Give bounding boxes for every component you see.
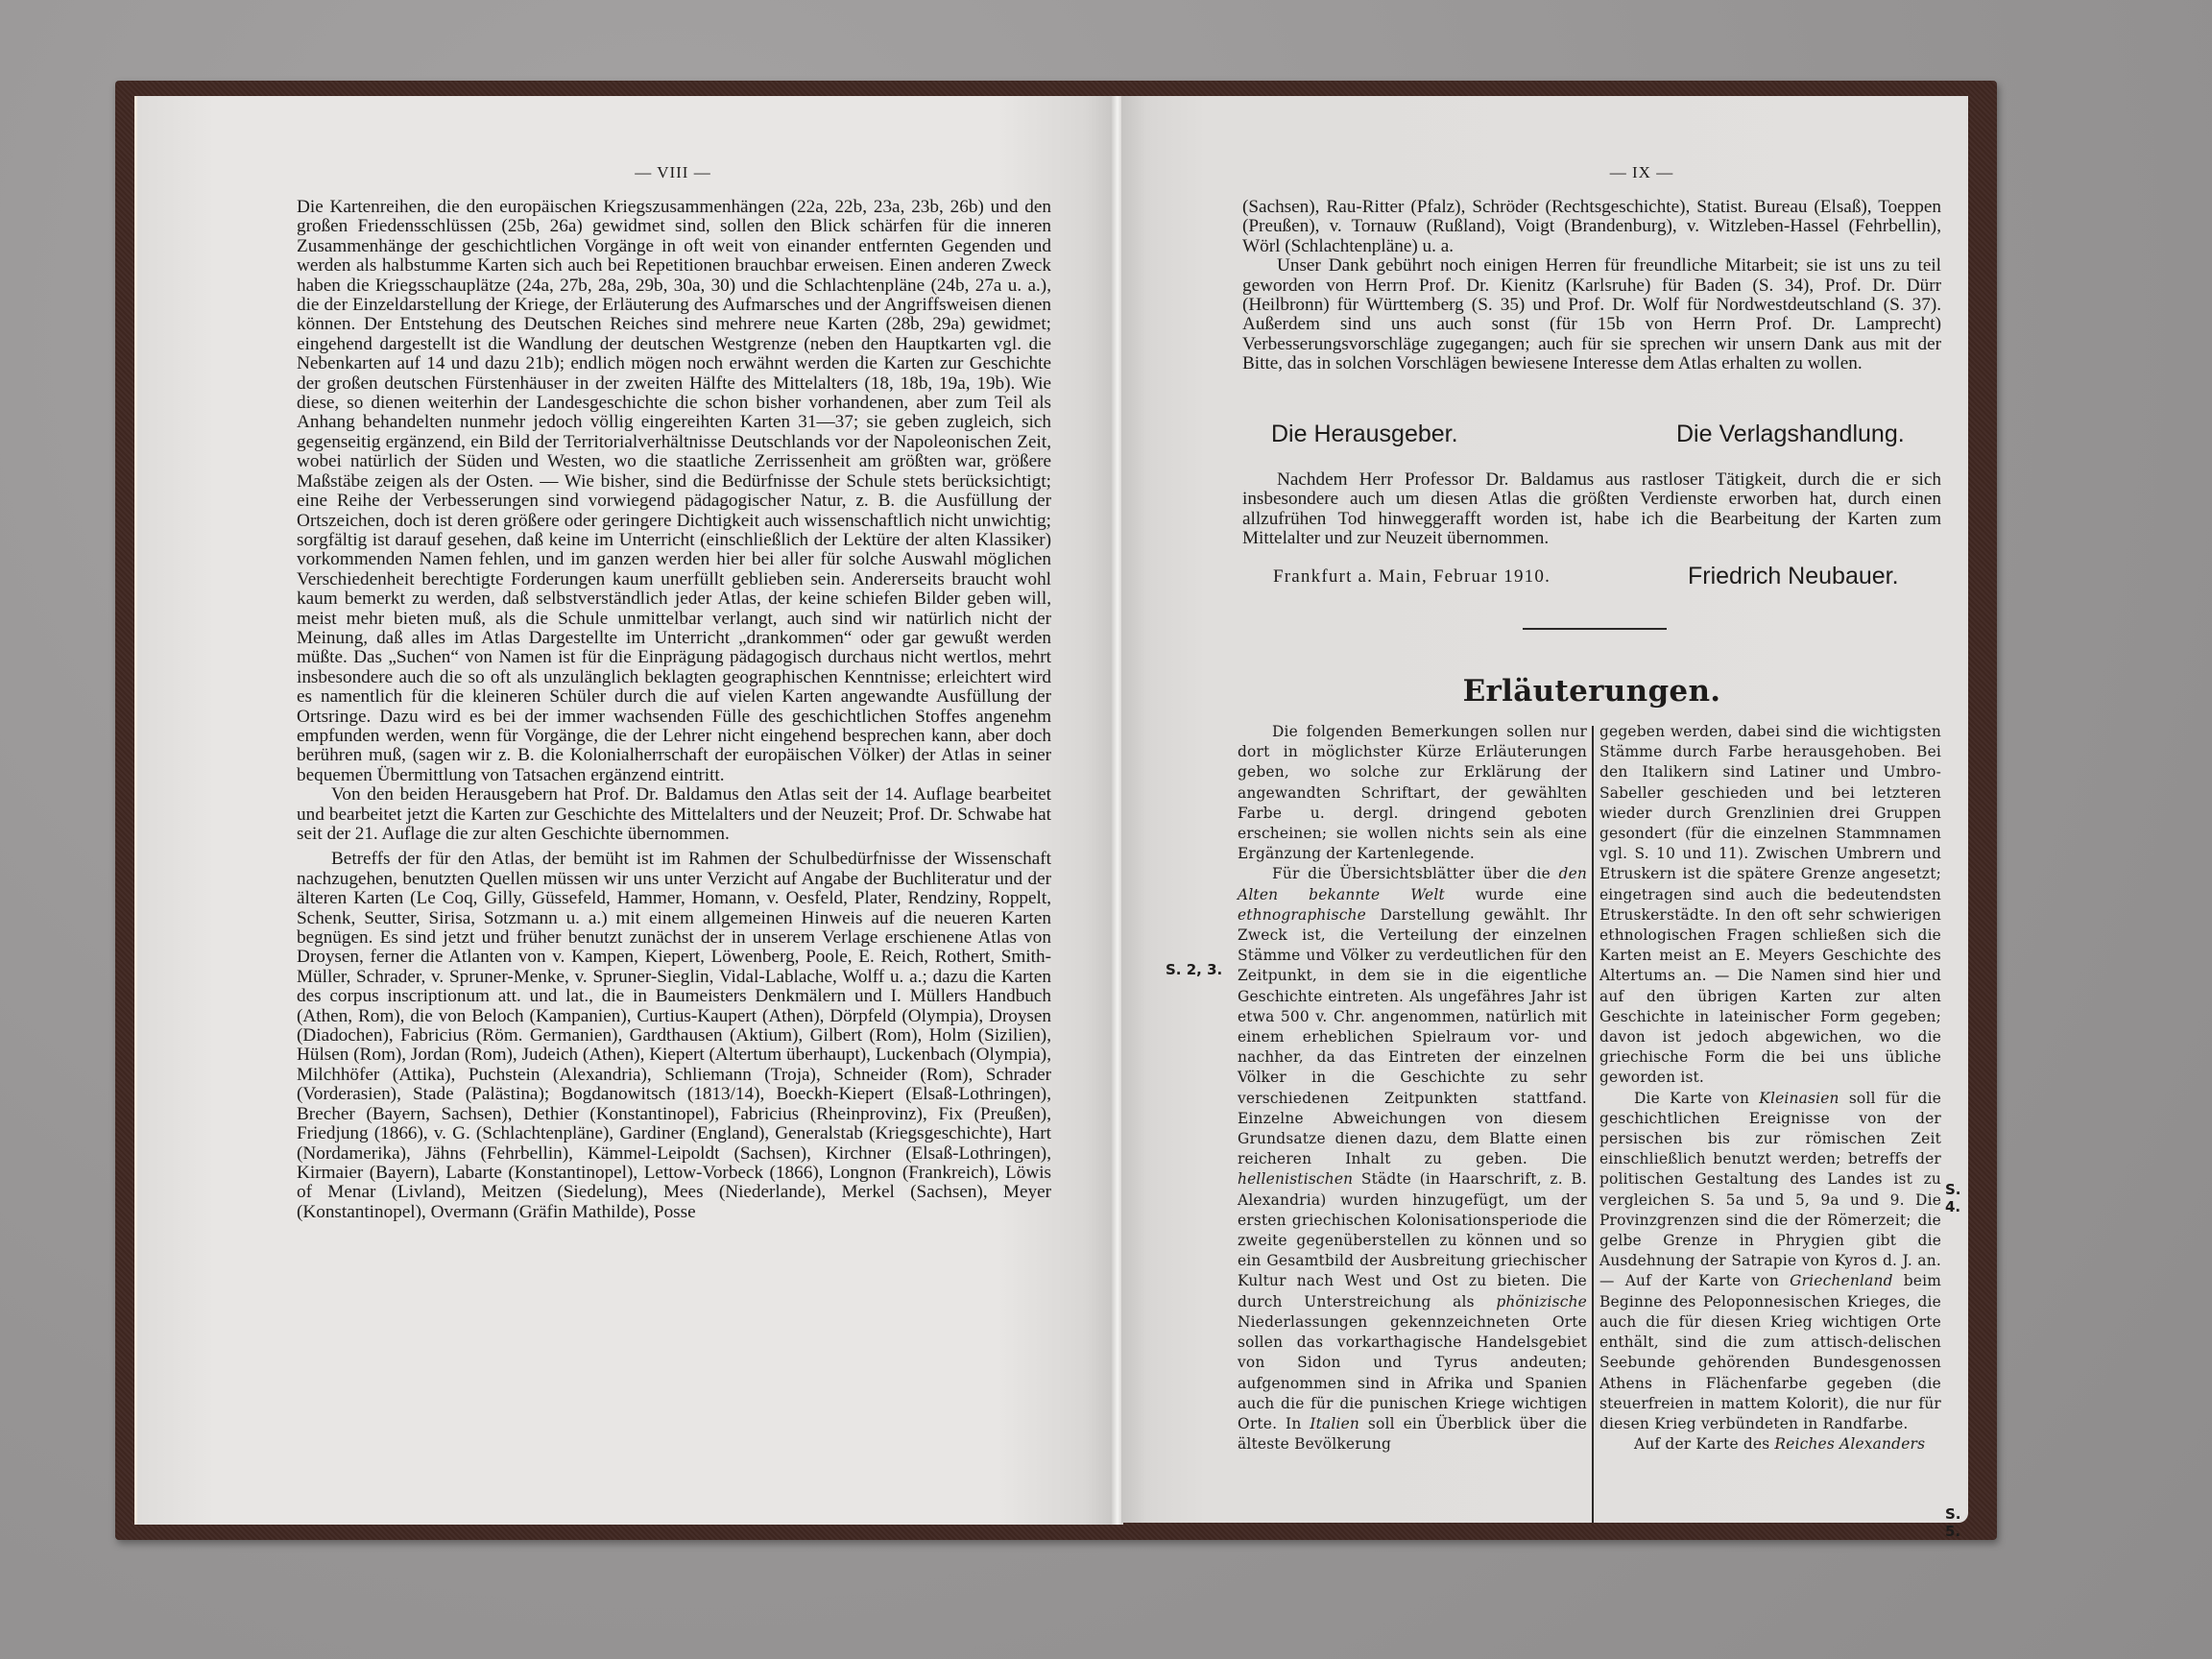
section-divider	[1523, 628, 1667, 630]
notice-paragraph: Nachdem Herr Professor Dr. Baldamus aus …	[1242, 470, 1941, 549]
paragraph: Die folgenden Bemerkungen sollen nur dor…	[1238, 722, 1587, 864]
italic-term: Reiches Alexanders	[1774, 1435, 1925, 1453]
text-run: Für die Übersichtsblätter über die	[1272, 865, 1559, 882]
paragraph: gegeben werden, dabei sind die wichtigst…	[1599, 722, 1941, 1089]
signature-editors: Die Herausgeber.	[1271, 421, 1458, 448]
text-run: Auf der Karte des	[1634, 1435, 1774, 1453]
notice-block: Nachdem Herr Professor Dr. Baldamus aus …	[1242, 470, 1941, 549]
explanations-column-2: gegeben werden, dabei sind die wichtigst…	[1599, 722, 1941, 1455]
margin-reference: S. 5.	[1945, 1505, 1968, 1540]
paragraph: Von den beiden Herausgebern hat Prof. Dr…	[297, 785, 1051, 844]
text-run: Die Karte von	[1634, 1090, 1759, 1107]
italic-term: Griechenland	[1790, 1272, 1893, 1289]
right-page: — IX — (Sachsen), Rau-Ritter (Pfalz), Sc…	[1121, 96, 1968, 1523]
paragraph: Auf der Karte des Reiches Alexanders	[1599, 1434, 1941, 1455]
text-run: beim Beginne des Peloponnesischen Kriege…	[1599, 1272, 1941, 1431]
left-page: — VIII — Die Kartenreihen, die den europ…	[134, 96, 1115, 1525]
page-number: — IX —	[1546, 163, 1738, 182]
right-page-top-text: (Sachsen), Rau-Ritter (Pfalz), Schröder …	[1242, 198, 1941, 374]
column-divider	[1592, 726, 1594, 1523]
italic-term: hellenistischen	[1238, 1170, 1353, 1188]
paragraph: Die Karte von Kleinasien soll für die ge…	[1599, 1089, 1941, 1434]
text-run: Städte (in Haarschrift, z. B. Alexandria…	[1238, 1170, 1587, 1310]
text-run: Darstellung gewählt. Ihr Zweck ist, die …	[1238, 906, 1587, 1167]
italic-term: Italien	[1310, 1415, 1359, 1432]
section-heading: Erläuterungen.	[1352, 674, 1832, 709]
margin-reference: S. 2, 3.	[1166, 961, 1222, 978]
margin-reference: S. 4.	[1945, 1181, 1968, 1215]
text-run: soll für die geschichtlichen Ereignisse …	[1599, 1090, 1941, 1290]
text-run: wurde eine	[1445, 886, 1587, 903]
acknowledgement-paragraph: Unser Dank gebührt noch einigen Herren f…	[1242, 256, 1941, 373]
italic-term: ethnographische	[1238, 906, 1366, 924]
paragraph: Betreffs der für den Atlas, der bemüht i…	[297, 850, 1051, 1222]
left-page-body: Die Kartenreihen, die den europäischen K…	[297, 198, 1051, 1222]
paragraph: Für die Übersichtsblätter über die den A…	[1238, 864, 1587, 1455]
signer-name: Friedrich Neubauer.	[1688, 563, 1899, 590]
place-date: Frankfurt a. Main, Februar 1910.	[1273, 566, 1551, 588]
signature-publisher: Die Verlagshandlung.	[1676, 421, 1905, 448]
page-number: — VIII —	[577, 163, 769, 182]
paragraph: Die Kartenreihen, die den europäischen K…	[297, 198, 1051, 785]
italic-term: Kleinasien	[1759, 1090, 1839, 1107]
sources-continuation: (Sachsen), Rau-Ritter (Pfalz), Schröder …	[1242, 198, 1941, 256]
italic-term: phönizische	[1496, 1293, 1587, 1310]
explanations-column-1: Die folgenden Bemerkungen sollen nur dor…	[1238, 722, 1587, 1455]
